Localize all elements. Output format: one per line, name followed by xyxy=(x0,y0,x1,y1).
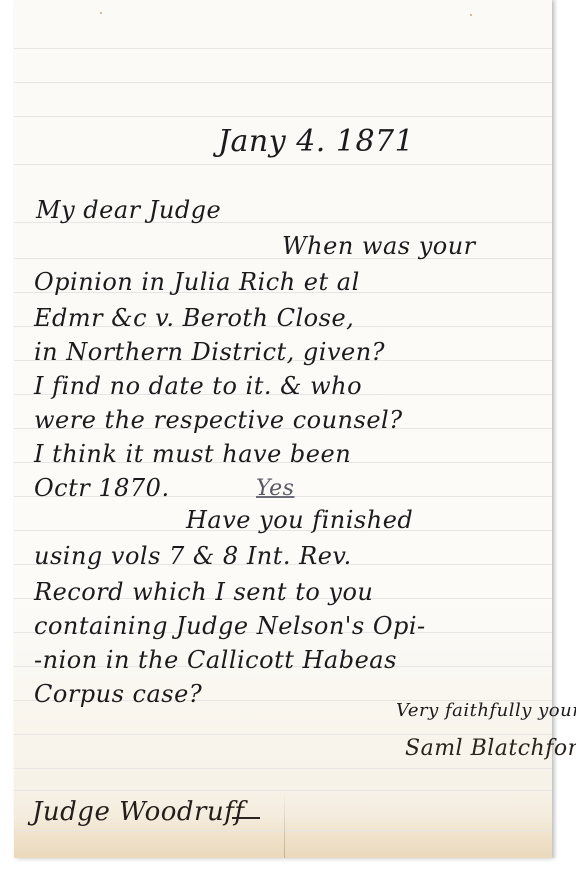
body-line-10: using vols 7 & 8 Int. Rev. xyxy=(34,542,352,570)
paper-fold-crease xyxy=(284,790,285,858)
letter-date: Jany 4. 1871 xyxy=(218,124,414,159)
salutation: My dear Judge xyxy=(36,196,221,224)
body-line-14: Corpus case? xyxy=(34,680,202,708)
body-line-8: Octr 1870. xyxy=(34,474,170,502)
body-line-13: -nion in the Callicott Habeas xyxy=(34,646,397,674)
addressee: Judge Woodruff xyxy=(32,797,244,827)
paper-edge-shadow xyxy=(552,0,558,858)
body-line-9: Have you finished xyxy=(186,506,413,534)
paper-speck xyxy=(470,14,472,16)
body-line-11: Record which I sent to you xyxy=(34,578,373,606)
addressee-flourish xyxy=(232,817,260,819)
body-line-7: I think it must have been xyxy=(34,440,351,468)
body-line-3: Edmr &c v. Beroth Close, xyxy=(34,304,354,332)
ruled-line xyxy=(14,116,552,117)
ruled-line xyxy=(14,790,552,791)
body-line-4: in Northern District, given? xyxy=(34,338,385,366)
signature: Saml Blatchford xyxy=(405,736,576,761)
body-line-6: were the respective counsel? xyxy=(34,406,403,434)
body-line-5: I find no date to it. & who xyxy=(34,372,362,400)
ruled-line xyxy=(14,164,552,165)
ruled-line xyxy=(14,830,552,831)
closing: Very faithfully yours xyxy=(396,700,576,721)
body-line-1: When was your xyxy=(282,232,476,260)
body-line-2: Opinion in Julia Rich et al xyxy=(34,268,360,296)
ruled-line xyxy=(14,768,552,769)
body-line-12: containing Judge Nelson's Opi- xyxy=(34,612,426,640)
paper-speck xyxy=(100,12,102,14)
ruled-line xyxy=(14,734,552,735)
pencil-annotation: Yes xyxy=(256,476,294,501)
ruled-line xyxy=(14,48,552,49)
ruled-line xyxy=(14,82,552,83)
